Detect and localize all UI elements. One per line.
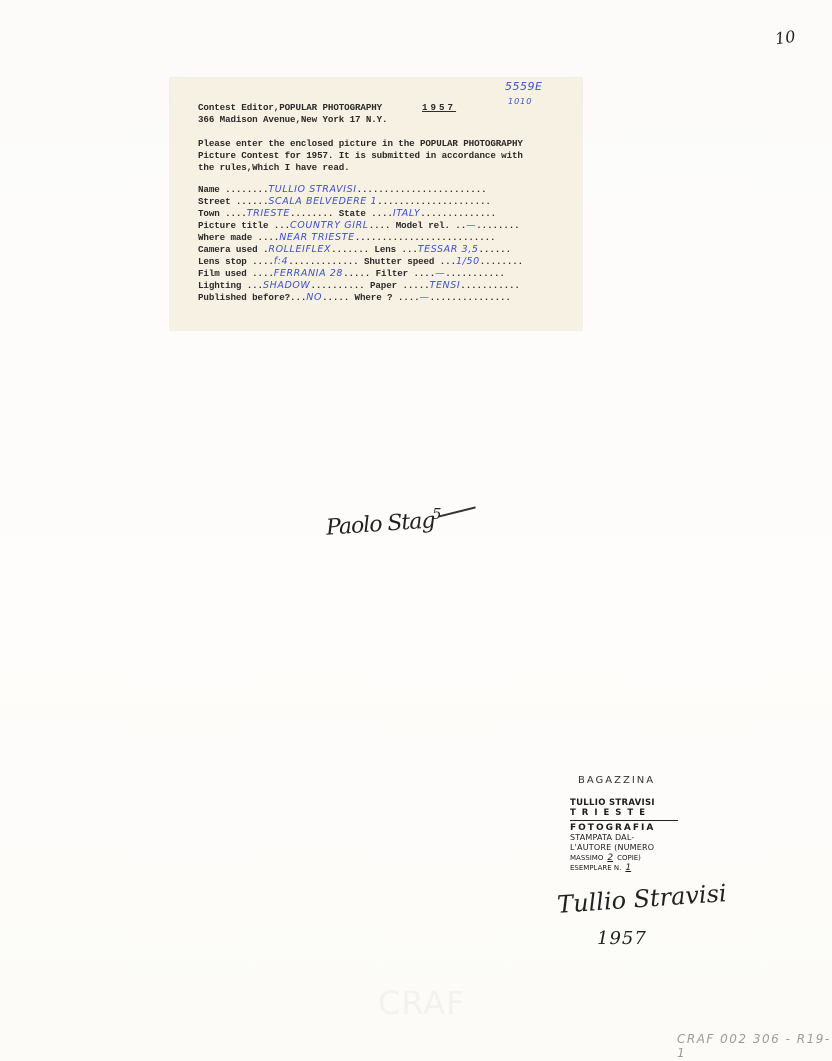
field-label-2: .......... Paper .....	[310, 280, 429, 291]
field-label: Lens stop ....	[198, 256, 274, 267]
catalog-number: 5559E	[505, 80, 542, 93]
entry-statement: Please enter the enclosed picture in the…	[198, 138, 523, 174]
stamp-fotografia: FOTOGRAFIA	[570, 823, 678, 833]
field-label: Street ......	[198, 196, 268, 207]
field-label-2: ............. Shutter speed ...	[288, 256, 456, 267]
field-value-2: TENSI	[430, 280, 461, 291]
author-stamp: TULLIO STRAVISI TRIESTE FOTOGRAFIA STAMP…	[570, 798, 678, 873]
form-field-row: Town ....TRIESTE........ State ....ITALY…	[198, 208, 523, 220]
field-label-2: .... Model rel. ..	[369, 220, 466, 231]
field-dots-2: ...............	[430, 292, 511, 303]
field-label: Film used ....	[198, 268, 274, 279]
recipient-line-1: Contest Editor,POPULAR PHOTOGRAPHY	[198, 102, 382, 113]
field-dots-2: ........	[480, 256, 523, 267]
field-dots: .....................	[377, 196, 491, 207]
form-fields: Name ........TULLIO STRAVISI............…	[198, 184, 523, 304]
field-value-2: —	[435, 268, 445, 279]
form-field-row: Name ........TULLIO STRAVISI............…	[198, 184, 523, 196]
field-label: Name ........	[198, 184, 268, 195]
field-label: Picture title ...	[198, 220, 290, 231]
field-label: Lighting ...	[198, 280, 263, 291]
signature-stroke	[438, 506, 475, 517]
field-dots-2: ...........	[460, 280, 520, 291]
statement-line-3: the rules,Which I have read.	[198, 162, 350, 173]
field-value-2: 1/50	[456, 256, 480, 267]
craf-watermark: CRAF	[378, 984, 466, 1022]
field-value: FERRANIA 28	[274, 268, 343, 279]
field-value-2: ITALY	[393, 208, 420, 219]
stamp-copy-number: ESEMPLARE N.1	[570, 863, 678, 873]
stamp-city: TRIESTE	[570, 808, 678, 818]
stamp-line-printed-by: STAMPATA DAL-	[570, 833, 678, 843]
center-signature: Paolo Stag	[325, 508, 435, 541]
stamp-max-copies: MASSIMO2COPIE)	[570, 853, 678, 863]
field-value: NEAR TRIESTE	[279, 232, 354, 243]
field-dots-2: ........	[476, 220, 519, 231]
author-stamp-area: BAGAZZINA TULLIO STRAVISI TRIESTE FOTOGR…	[570, 775, 690, 873]
form-field-row: Street ......SCALA BELVEDERE 1..........…	[198, 196, 523, 208]
form-field-row: Where made ....NEAR TRIESTE.............…	[198, 232, 523, 244]
contest-entry-form: 5559E 1010 Contest Editor,POPULAR PHOTOG…	[170, 78, 582, 330]
field-label: Published before?...	[198, 292, 306, 303]
field-value: TULLIO STRAVISI	[268, 184, 356, 195]
recipient-address: Contest Editor,POPULAR PHOTOGRAPHY 366 M…	[198, 102, 387, 126]
stamp-divider	[570, 820, 678, 821]
field-value: ROLLEIFLEX	[268, 244, 331, 255]
field-value: TRIESTE	[247, 208, 290, 219]
scanned-page: 10 5559E 1010 Contest Editor,POPULAR PHO…	[0, 0, 832, 1061]
form-field-row: Published before?...NO..... Where ? ....…	[198, 292, 523, 304]
form-field-row: Camera used .ROLLEIFLEX....... Lens ...T…	[198, 244, 523, 256]
stamp-photographer: TULLIO STRAVISI	[570, 798, 678, 808]
archive-id: CRAF 002 306 - R19-1	[677, 1032, 832, 1060]
field-value-2: TESSAR 3,5	[418, 244, 479, 255]
field-label-2: ........ State ....	[290, 208, 393, 219]
field-dots-2: ......	[479, 244, 511, 255]
field-label-2: ..... Where ? ....	[322, 292, 419, 303]
field-label: Where made ....	[198, 232, 279, 243]
form-field-row: Lens stop ....f:4............. Shutter s…	[198, 256, 523, 268]
field-dots-2: ..............	[420, 208, 496, 219]
field-value-2: —	[466, 220, 476, 231]
field-label: Town ....	[198, 208, 247, 219]
statement-line-1: Please enter the enclosed picture in the…	[198, 138, 523, 149]
field-dots-2: ...........	[445, 268, 505, 279]
photographer-signature: Tullio Stravisi	[556, 879, 727, 919]
field-dots: ........................	[357, 184, 487, 195]
form-field-row: Picture title ...COUNTRY GIRL.... Model …	[198, 220, 523, 232]
field-label: Camera used .	[198, 244, 268, 255]
field-label-2: ..... Filter ....	[343, 268, 435, 279]
statement-line-2: Picture Contest for 1957. It is submitte…	[198, 150, 523, 161]
recipient-line-2: 366 Madison Avenue,New York 17 N.Y.	[198, 114, 387, 125]
copy-number-value: 1	[621, 863, 635, 873]
field-value: COUNTRY GIRL	[290, 220, 369, 231]
field-value: f:4	[274, 256, 288, 267]
handwritten-year: 1957	[597, 928, 647, 949]
corner-page-number: 10	[774, 27, 797, 49]
field-dots: ..........................	[355, 232, 496, 243]
stamp-handwritten-title: BAGAZZINA	[578, 775, 690, 786]
form-field-row: Film used ....FERRANIA 28..... Filter ..…	[198, 268, 523, 280]
form-field-row: Lighting ...SHADOW.......... Paper .....…	[198, 280, 523, 292]
max-copies-value: 2	[603, 853, 617, 863]
contest-year: 1957	[422, 102, 456, 114]
field-value-2: —	[420, 292, 430, 303]
field-label-2: ....... Lens ...	[331, 244, 418, 255]
catalog-sub-number: 1010	[508, 97, 532, 106]
stamp-line-author: L'AUTORE (NUMERO	[570, 843, 678, 853]
field-value: NO	[306, 292, 322, 303]
field-value: SCALA BELVEDERE 1	[268, 196, 377, 207]
field-value: SHADOW	[263, 280, 310, 291]
